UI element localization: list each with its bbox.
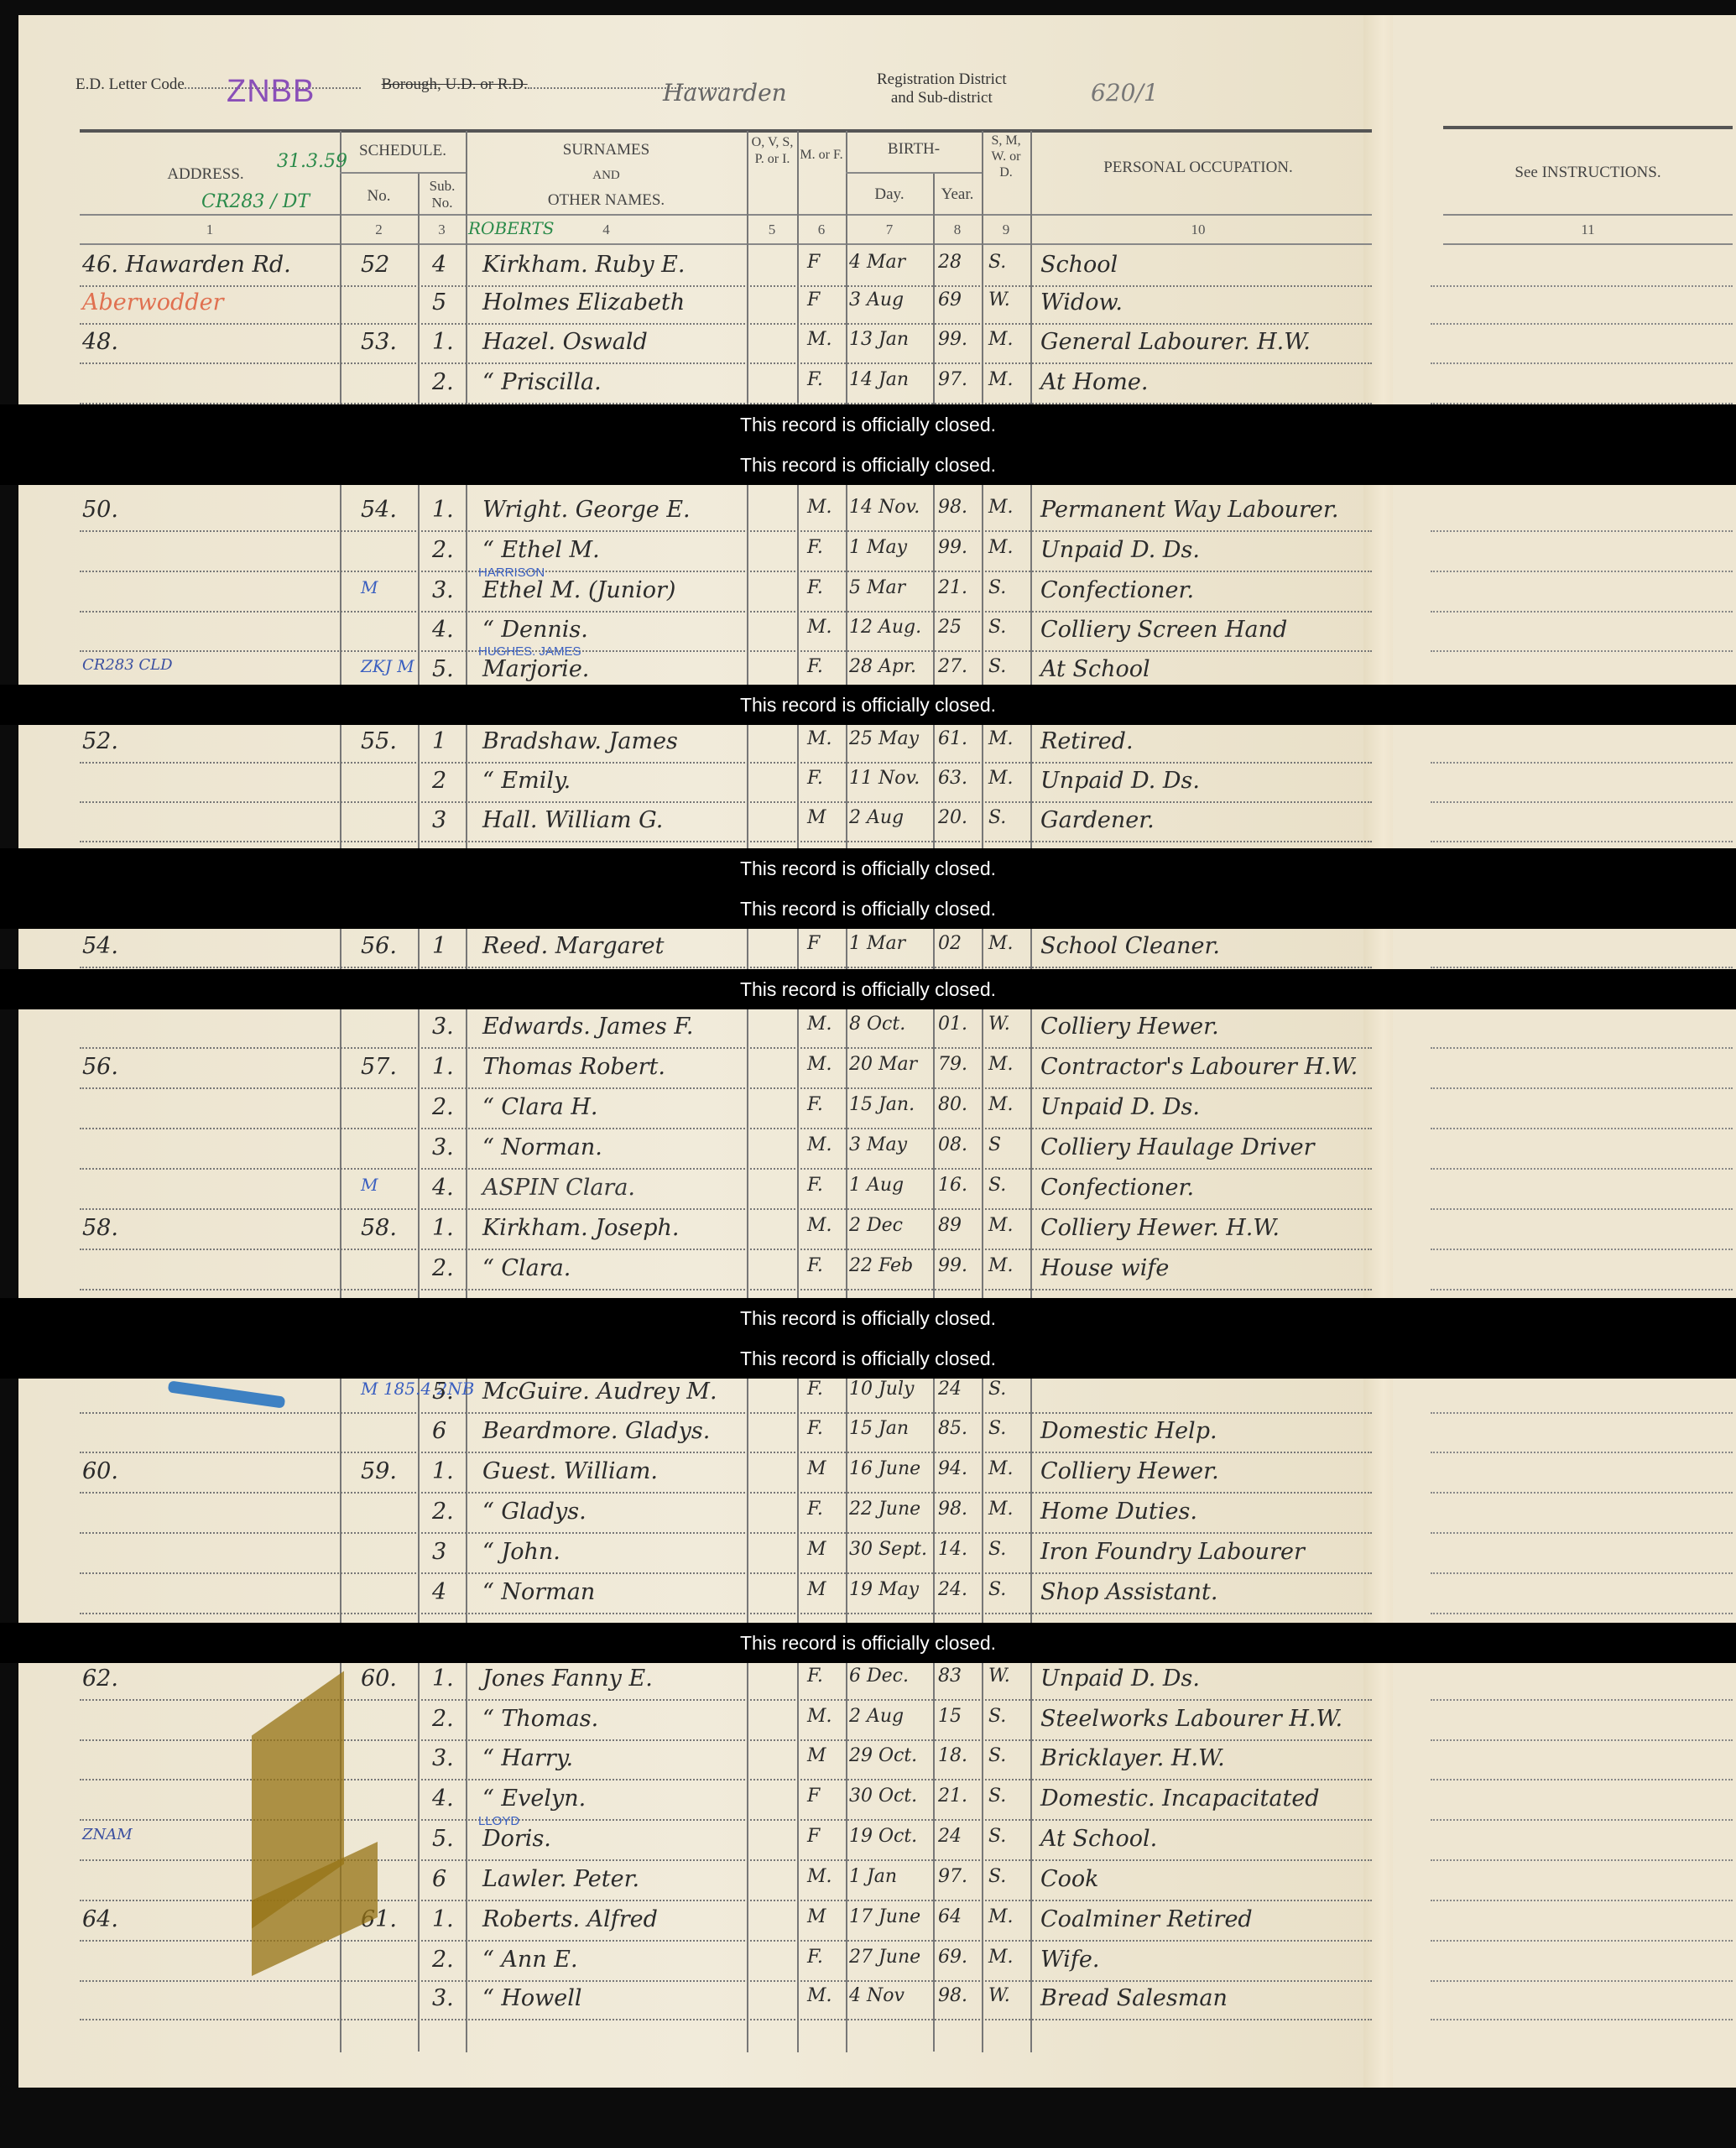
cell-occupation: Confectioner. xyxy=(1040,577,1194,603)
cell-sex: F xyxy=(807,252,820,273)
cell-sex: F. xyxy=(807,1379,823,1400)
col-names-line1: SURNAMES xyxy=(466,138,747,163)
cell-status: W. xyxy=(988,1666,1010,1687)
cell-day: 8 Oct. xyxy=(849,1014,905,1035)
cell-occupation: Domestic. Incapacitated xyxy=(1040,1786,1320,1812)
facing-row-rule xyxy=(1431,1859,1733,1861)
cell-sub: 4. xyxy=(432,1175,454,1201)
cell-sex: F. xyxy=(807,577,823,598)
cell-sex: M. xyxy=(807,617,832,638)
cell-occupation: Unpaid D. Ds. xyxy=(1040,1094,1200,1120)
cell-day: 29 Oct. xyxy=(849,1745,917,1766)
cell-sub: 2. xyxy=(432,1947,454,1973)
cell-name: McGuire. Audrey M. xyxy=(482,1379,717,1405)
facing-rule-bottom xyxy=(1443,214,1733,216)
cell-occupation: Permanent Way Labourer. xyxy=(1040,497,1338,523)
cell-sex: M. xyxy=(807,728,832,749)
cell-year: 89 xyxy=(938,1215,962,1236)
closed-record-bar: This record is officially closed. xyxy=(0,404,1736,445)
facing-row-rule xyxy=(1431,285,1733,287)
col-birth-day: Day. xyxy=(846,185,933,205)
cell-day: 11 Nov. xyxy=(849,768,920,789)
cell-status: S. xyxy=(988,1826,1006,1847)
facing-row-rule xyxy=(1431,1412,1733,1414)
cell-occupation: Coalminer Retired xyxy=(1040,1906,1253,1932)
cell-sex: M. xyxy=(807,1706,832,1727)
cell-status: S. xyxy=(988,1786,1006,1807)
cell-address: 48. xyxy=(82,329,118,355)
cell-schedule: 60. xyxy=(361,1666,397,1692)
cell-status: M. xyxy=(988,1499,1014,1520)
row-rule xyxy=(80,801,1372,803)
row-rule xyxy=(80,1699,1372,1701)
cell-day: 1 May xyxy=(849,537,907,558)
row-rule xyxy=(80,1047,1372,1049)
cell-schedule: 56. xyxy=(361,933,397,959)
cell-day: 1 Mar xyxy=(849,933,905,954)
cell-sex: F. xyxy=(807,1499,823,1520)
cell-sex: F. xyxy=(807,1418,823,1439)
facing-row-rule xyxy=(1431,2019,1733,2020)
cell-address: 62. xyxy=(82,1666,118,1692)
cell-day: 5 Mar xyxy=(849,577,905,598)
column-number: 2 xyxy=(340,222,418,238)
column-number: 1 xyxy=(80,222,340,238)
name-annotation: LLOYD xyxy=(478,1814,519,1828)
cell-day: 30 Sept. xyxy=(849,1539,927,1560)
cell-schedule: 52 xyxy=(361,252,389,278)
cell-schedule: M 185.4 2NB xyxy=(361,1379,474,1399)
cell-sub: 2 xyxy=(432,768,446,794)
cell-sub: 4. xyxy=(432,1786,454,1812)
cell-occupation: Cook xyxy=(1040,1866,1099,1892)
cell-sub: 6 xyxy=(432,1866,446,1892)
col-names-line2: AND xyxy=(466,163,747,188)
cell-name: Guest. William. xyxy=(482,1458,658,1484)
cell-sub: 3. xyxy=(432,1745,454,1771)
facing-row-rule xyxy=(1431,1087,1733,1089)
closed-record-bar: This record is officially closed. xyxy=(0,1338,1736,1379)
registration-label-1: Registration District xyxy=(877,70,1007,89)
cell-address: 52. xyxy=(82,728,118,754)
cell-occupation: Unpaid D. Ds. xyxy=(1040,768,1200,794)
cell-status: S. xyxy=(988,656,1006,677)
cell-year: 98. xyxy=(938,1985,967,2006)
row-rule xyxy=(80,1532,1372,1534)
cell-sub: 1. xyxy=(432,1906,454,1932)
name-annotation: HUGHES. JAMES xyxy=(478,644,581,659)
cell-occupation: Colliery Hewer. xyxy=(1040,1458,1219,1484)
col-occupation: PERSONAL OCCUPATION. xyxy=(1030,158,1366,178)
cell-schedule: 57. xyxy=(361,1054,397,1080)
cell-year: 24 xyxy=(938,1826,962,1847)
row-rule xyxy=(80,1249,1372,1250)
facing-row-rule xyxy=(1431,1739,1733,1741)
cell-occupation: Shop Assistant. xyxy=(1040,1579,1217,1605)
cell-status: W. xyxy=(988,289,1010,310)
cell-status: M. xyxy=(988,728,1014,749)
cell-status: S. xyxy=(988,1866,1006,1887)
cell-name: “ Harry. xyxy=(482,1745,573,1771)
cell-year: 15 xyxy=(938,1706,962,1727)
cell-status: S. xyxy=(988,252,1006,273)
cell-name: “ Norman xyxy=(482,1579,595,1605)
facing-number-rule xyxy=(1443,243,1733,245)
facing-row-rule xyxy=(1431,801,1733,803)
cell-status: M. xyxy=(988,329,1014,350)
cell-name: “ John. xyxy=(482,1539,560,1565)
row-rule xyxy=(80,762,1372,764)
cell-occupation: Home Duties. xyxy=(1040,1499,1197,1525)
facing-row-rule xyxy=(1431,323,1733,325)
facing-page xyxy=(1393,15,1736,2088)
cell-year: 80. xyxy=(938,1094,967,1115)
cell-year: 08. xyxy=(938,1134,967,1155)
cell-day: 20 Mar xyxy=(849,1054,917,1075)
col-schedule-no: No. xyxy=(340,186,418,206)
cell-address: 54. xyxy=(82,933,118,959)
cell-year: 28 xyxy=(938,252,962,273)
column-number: 6 xyxy=(797,222,846,238)
cell-occupation: Widow. xyxy=(1040,289,1123,315)
cell-day: 14 Jan xyxy=(849,369,909,390)
cell-name: Ethel M. (Junior) xyxy=(482,577,675,603)
cell-sub: 2. xyxy=(432,537,454,563)
cell-status: W. xyxy=(988,1985,1010,2006)
registration-district-label: Registration District and Sub-district xyxy=(877,70,1007,107)
cell-year: 64 xyxy=(938,1906,962,1927)
cell-sex: F. xyxy=(807,1175,823,1196)
cell-sex: F xyxy=(807,1786,820,1807)
cell-year: 24. xyxy=(938,1579,967,1600)
cell-address: 50. xyxy=(82,497,118,523)
cell-name: “ Ethel M. xyxy=(482,537,600,563)
facing-row-rule xyxy=(1431,1492,1733,1494)
row-rule xyxy=(80,1412,1372,1414)
cell-sub: 1. xyxy=(432,497,454,523)
cell-occupation: Retired. xyxy=(1040,728,1134,754)
cell-day: 1 Aug xyxy=(849,1175,904,1196)
cell-sub: 3 xyxy=(432,807,446,833)
cell-name: “ Clara H. xyxy=(482,1094,598,1120)
cell-status: M. xyxy=(988,1947,1014,1968)
cell-occupation: At School. xyxy=(1040,1826,1157,1852)
cell-day: 1 Jan xyxy=(849,1866,897,1887)
facing-row-rule xyxy=(1431,571,1733,572)
cell-status: M. xyxy=(988,1458,1014,1479)
cell-sub: 2. xyxy=(432,1706,454,1732)
cell-status: M. xyxy=(988,537,1014,558)
row-rule xyxy=(80,1208,1372,1210)
cell-schedule: ZKJ M xyxy=(361,656,414,676)
cell-name: Holmes Elizabeth xyxy=(482,289,685,315)
row-rule xyxy=(80,362,1372,364)
cell-sex: M. xyxy=(807,497,832,518)
cell-occupation: Contractor's Labourer H.W. xyxy=(1040,1054,1358,1080)
cell-day: 19 May xyxy=(849,1579,919,1600)
cell-year: 25 xyxy=(938,617,962,638)
cell-occupation: Domestic Help. xyxy=(1040,1418,1217,1444)
cell-year: 16. xyxy=(938,1175,967,1196)
row-rule xyxy=(80,1128,1372,1129)
row-rule xyxy=(80,1168,1372,1170)
cell-sub: 3. xyxy=(432,1985,454,2011)
cell-status: M. xyxy=(988,1054,1014,1075)
header-rule-bottom xyxy=(80,214,1372,216)
cell-year: 97. xyxy=(938,1866,967,1887)
cell-status: M. xyxy=(988,1215,1014,1236)
cell-sub: 3. xyxy=(432,1134,454,1160)
cell-status: M. xyxy=(988,933,1014,954)
cell-sub: 1. xyxy=(432,1666,454,1692)
cell-status: M. xyxy=(988,1255,1014,1276)
row-rule xyxy=(80,1613,1372,1614)
cell-occupation: Gardener. xyxy=(1040,807,1155,833)
facing-row-rule xyxy=(1431,1900,1733,1901)
cell-sex: F. xyxy=(807,537,823,558)
cell-name: “ Clara. xyxy=(482,1255,571,1281)
col-sub-no: Sub. No. xyxy=(420,178,465,211)
cell-occupation: School Cleaner. xyxy=(1040,933,1220,959)
cell-status: S. xyxy=(988,1745,1006,1766)
cell-sex: M. xyxy=(807,329,832,350)
cell-day: 6 Dec. xyxy=(849,1666,909,1687)
col-birth-year: Year. xyxy=(933,185,982,205)
cell-sub: 5. xyxy=(432,1826,454,1852)
cell-day: 22 June xyxy=(849,1499,920,1520)
facing-row-rule xyxy=(1431,1452,1733,1453)
cell-occupation: Confectioner. xyxy=(1040,1175,1194,1201)
closed-record-bar: This record is officially closed. xyxy=(0,969,1736,1009)
name-annotation: HARRISON xyxy=(478,566,545,580)
cell-address: Aberwodder xyxy=(82,289,224,315)
cell-sub: 4 xyxy=(432,252,446,278)
cell-status: S. xyxy=(988,617,1006,638)
cell-year: 99. xyxy=(938,329,967,350)
cell-status: W. xyxy=(988,1014,1010,1035)
cell-day: 14 Nov. xyxy=(849,497,920,518)
facing-row-rule xyxy=(1431,1532,1733,1534)
row-rule xyxy=(80,611,1372,613)
col-birth: BIRTH- xyxy=(846,139,982,159)
row-rule xyxy=(80,1289,1372,1290)
cell-name: “ Evelyn. xyxy=(482,1786,586,1812)
cell-sex: M. xyxy=(807,1215,832,1236)
cell-name: Lawler. Peter. xyxy=(482,1866,639,1892)
facing-row-rule xyxy=(1431,1613,1733,1614)
row-rule xyxy=(80,1087,1372,1089)
cell-name: Doris. xyxy=(482,1826,551,1852)
facing-row-rule xyxy=(1431,1168,1733,1170)
cell-schedule: 55. xyxy=(361,728,397,754)
cell-name: Marjorie. xyxy=(482,656,589,682)
cell-day: 12 Aug. xyxy=(849,617,921,638)
cell-sub: 6 xyxy=(432,1418,446,1444)
cell-sub: 4. xyxy=(432,617,454,643)
facing-row-rule xyxy=(1431,1980,1733,1982)
cell-year: 79. xyxy=(938,1054,967,1075)
cell-year: 14. xyxy=(938,1539,967,1560)
cell-sub: 1 xyxy=(432,728,446,754)
census-page xyxy=(18,15,1382,2088)
borough-label: Borough, U.D. or R.D. xyxy=(382,76,528,93)
cell-day: 17 June xyxy=(849,1906,920,1927)
cell-occupation: Colliery Hewer. xyxy=(1040,1014,1219,1040)
cell-name: “ Ann E. xyxy=(482,1947,578,1973)
cell-occupation: Colliery Screen Hand xyxy=(1040,617,1287,643)
row-rule xyxy=(80,285,1372,287)
cell-sex: F. xyxy=(807,1255,823,1276)
cell-sex: F xyxy=(807,933,820,954)
facing-row-rule xyxy=(1431,967,1733,968)
cell-day: 22 Feb xyxy=(849,1255,913,1276)
row-rule xyxy=(80,841,1372,842)
facing-rule-top xyxy=(1443,126,1733,129)
facing-row-rule xyxy=(1431,1289,1733,1290)
schedule-subrule xyxy=(340,172,466,174)
cell-schedule: 53. xyxy=(361,329,397,355)
cell-day: 2 Dec xyxy=(849,1215,903,1236)
cell-status: M. xyxy=(988,1094,1014,1115)
cell-sex: M xyxy=(807,1539,826,1560)
facing-row-rule xyxy=(1431,1128,1733,1129)
cell-name: Reed. Margaret xyxy=(482,933,665,959)
cell-name: “ Dennis. xyxy=(482,617,588,643)
header-rule-top xyxy=(80,129,1372,133)
cell-status: S. xyxy=(988,807,1006,828)
cell-sex: F xyxy=(807,289,820,310)
cell-occupation: Bread Salesman xyxy=(1040,1985,1228,2011)
cell-sex: F. xyxy=(807,1947,823,1968)
row-rule xyxy=(80,1572,1372,1574)
cell-year: 01. xyxy=(938,1014,967,1035)
cell-address: 46. Hawarden Rd. xyxy=(82,252,291,278)
cell-sub: 2. xyxy=(432,369,454,395)
cell-occupation: Unpaid D. Ds. xyxy=(1040,537,1200,563)
cell-sex: F xyxy=(807,1826,820,1847)
cell-status: M. xyxy=(988,369,1014,390)
facing-row-rule xyxy=(1431,611,1733,613)
cell-status: S. xyxy=(988,1175,1006,1196)
cell-sub: 2. xyxy=(432,1094,454,1120)
cell-name: Edwards. James F. xyxy=(482,1014,693,1040)
cell-year: 99. xyxy=(938,1255,967,1276)
cell-name: Kirkham. Ruby E. xyxy=(482,252,685,278)
cell-status: S. xyxy=(988,1539,1006,1560)
cell-year: 69 xyxy=(938,289,962,310)
closed-record-bar: This record is officially closed. xyxy=(0,1298,1736,1338)
cell-sub: 1. xyxy=(432,1215,454,1241)
closed-record-bar: This record is officially closed. xyxy=(0,1623,1736,1663)
ed-letter-code-stamp: ZNBB xyxy=(227,74,315,110)
col-address: ADDRESS. xyxy=(143,164,268,185)
col-schedule: SCHEDULE. xyxy=(340,141,466,161)
cell-occupation: Iron Foundry Labourer xyxy=(1040,1539,1305,1565)
facing-row-rule xyxy=(1431,1047,1733,1049)
row-rule xyxy=(80,530,1372,532)
cell-schedule: 54. xyxy=(361,497,397,523)
cell-name: Thomas Robert. xyxy=(482,1054,665,1080)
facing-row-rule xyxy=(1431,650,1733,652)
cell-day: 19 Oct. xyxy=(849,1826,917,1847)
cell-sub: 5 xyxy=(432,289,446,315)
row-rule xyxy=(80,1980,1372,1982)
cell-occupation: General Labourer. H.W. xyxy=(1040,329,1311,355)
facing-row-rule xyxy=(1431,362,1733,364)
cell-address: 64. xyxy=(82,1906,118,1932)
cell-schedule: M xyxy=(361,577,378,597)
cell-name: Hall. William G. xyxy=(482,807,663,833)
closed-record-bar: This record is officially closed. xyxy=(0,889,1736,929)
header-line: E.D. Letter Code Borough, U.D. or R.D. xyxy=(76,76,729,94)
cell-day: 3 May xyxy=(849,1134,907,1155)
cell-year: 20. xyxy=(938,807,967,828)
address-annotation-date: 31.3.59 xyxy=(277,151,347,172)
cell-name: “ Norman. xyxy=(482,1134,602,1160)
cell-day: 2 Aug xyxy=(849,807,904,828)
cell-name: Bradshaw. James xyxy=(482,728,678,754)
cell-sex: M xyxy=(807,1745,826,1766)
cell-sex: M. xyxy=(807,1014,832,1035)
cell-sub: 3. xyxy=(432,577,454,603)
cell-year: 94. xyxy=(938,1458,967,1479)
cell-sub: 1. xyxy=(432,329,454,355)
cell-name: Wright. George E. xyxy=(482,497,691,523)
cell-occupation: At Home. xyxy=(1040,369,1148,395)
cell-status: S. xyxy=(988,577,1006,598)
column-number: 8 xyxy=(933,222,982,238)
cell-sub: 5. xyxy=(432,1379,454,1405)
cell-day: 25 May xyxy=(849,728,919,749)
cell-sex: M xyxy=(807,1579,826,1600)
closed-record-bar: This record is officially closed. xyxy=(0,685,1736,725)
facing-row-rule xyxy=(1431,1249,1733,1250)
cell-sex: M. xyxy=(807,1985,832,2006)
cell-occupation: Wife. xyxy=(1040,1947,1099,1973)
cell-occupation: Unpaid D. Ds. xyxy=(1040,1666,1200,1692)
cell-sex: M. xyxy=(807,1134,832,1155)
cell-status: S. xyxy=(988,1418,1006,1439)
cell-sex: M xyxy=(807,1458,826,1479)
cell-sex: M. xyxy=(807,1866,832,1887)
cell-name: “ Gladys. xyxy=(482,1499,586,1525)
cell-status: S. xyxy=(988,1379,1006,1400)
address-annotation-code: CR283 / DT xyxy=(201,191,310,212)
cell-occupation: Steelworks Labourer H.W. xyxy=(1040,1706,1342,1732)
row-rule xyxy=(80,571,1372,572)
column-number: 3 xyxy=(418,222,466,238)
registration-value: 620/1 xyxy=(1091,79,1159,107)
cell-sex: F. xyxy=(807,656,823,677)
cell-address: 58. xyxy=(82,1215,118,1241)
cell-status: M. xyxy=(988,768,1014,789)
cell-status: M. xyxy=(988,1906,1014,1927)
cell-name: Roberts. Alfred xyxy=(482,1906,658,1932)
column-number: 10 xyxy=(1030,222,1366,238)
cell-year: 61. xyxy=(938,728,967,749)
cell-status: S. xyxy=(988,1706,1006,1727)
cell-sex: F. xyxy=(807,768,823,789)
cell-status: S. xyxy=(988,1579,1006,1600)
cell-status: M. xyxy=(988,497,1014,518)
column-number: 7 xyxy=(846,222,933,238)
cell-year: 24 xyxy=(938,1379,962,1400)
cell-year: 83 xyxy=(938,1666,962,1687)
cell-address: CR283 CLD xyxy=(82,656,173,674)
cell-sex: M. xyxy=(807,1054,832,1075)
number-rule xyxy=(80,243,1372,245)
cell-sub: 5. xyxy=(432,656,454,682)
